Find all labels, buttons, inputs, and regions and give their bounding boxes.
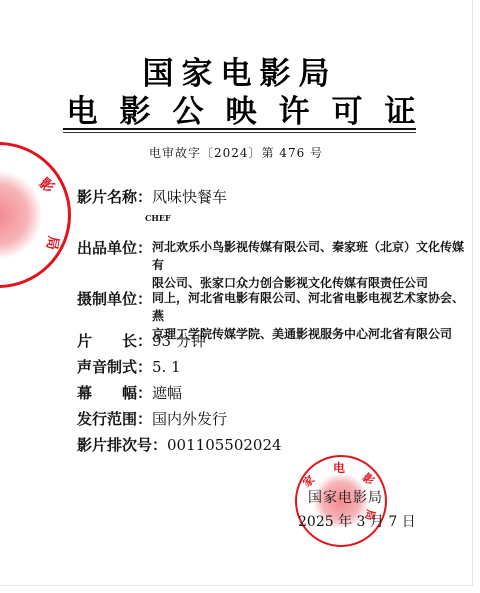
field-label: 片 长： [77,331,152,351]
distribution-scope-value: 国内外发行 [152,409,227,429]
field-label: 出品单位： [77,238,152,292]
english-title: CHEF [145,213,171,223]
field-length: 片 长： 93 分钟 [77,331,206,351]
certificate-title: 电影公映许可证 [0,94,480,130]
seal-char: 影 [359,469,378,488]
document-number: 电审故字〔2024〕第 476 号 [0,144,472,161]
film-serial-number-value: 001105502024 [167,435,282,455]
signing-organization: 国家电影局 [308,487,383,507]
field-sound-format: 声音制式： 5. 1 [77,357,181,377]
sound-format-value: 5. 1 [152,357,181,377]
field-label: 影片排次号： [77,435,167,455]
official-seal-left: 影 局 [0,142,71,288]
title-divider [63,128,416,130]
issuer-title: 国家电影局 [0,56,476,92]
value-line: 河北欢乐小鸟影视传媒有限公司、秦家班（北京）文化传媒有 [152,238,472,274]
license-document: 影 局 国家电影局 电影公映许可证 电审故字〔2024〕第 476 号 影片名称… [0,0,473,586]
field-label: 影片名称： [77,187,152,207]
field-label: 幕 幅： [77,383,152,403]
field-screen-ratio: 幕 幅： 遮幅 [77,383,182,403]
screen-ratio-value: 遮幅 [152,383,182,403]
producer-value: 河北欢乐小鸟影视传媒有限公司、秦家班（北京）文化传媒有 限公司、张家口众力创合影… [152,238,472,292]
seal-char: 影 [35,173,59,197]
film-name-value: 风味快餐车 [152,187,227,207]
field-film-name: 影片名称： 风味快餐车 [77,187,227,207]
length-value: 93 分钟 [152,331,206,351]
title-divider-thin [63,132,416,133]
field-producer: 出品单位： 河北欢乐小鸟影视传媒有限公司、秦家班（北京）文化传媒有 限公司、张家… [77,238,472,292]
field-distribution-scope: 发行范围： 国内外发行 [77,409,227,429]
field-label: 声音制式： [77,357,152,377]
field-label: 发行范围： [77,409,152,429]
value-line: 同上，河北省电影有限公司、河北省电影电视艺术家协会、燕 [152,289,472,325]
seal-char: 局 [42,234,64,251]
field-film-serial-number: 影片排次号： 001105502024 [77,435,282,455]
seal-char: 电 [333,459,345,476]
issue-date: 2025 年 3 月 7 日 [298,511,416,531]
